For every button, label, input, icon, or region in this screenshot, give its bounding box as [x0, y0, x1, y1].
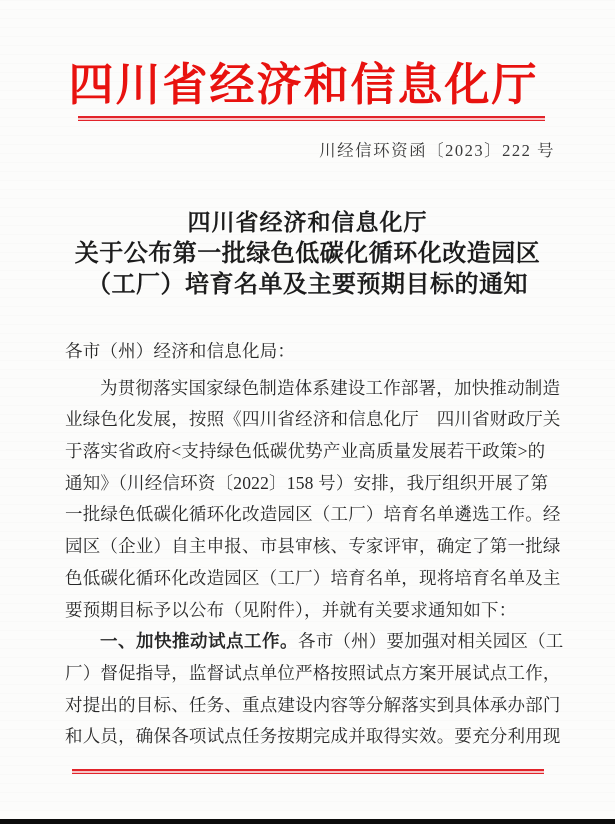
body-text: 为贯彻落实国家绿色制造体系建设工作部署，加快推动制造 — [100, 378, 560, 398]
body-text: 色低碳化循环化改造园区（工厂）培育名单，现将培育名单及主 — [65, 568, 561, 588]
footer-divider-line — [72, 769, 544, 774]
body-line: 一、加快推动试点工作。各市（州）要加强对相关园区（工 — [65, 626, 570, 658]
body-text: 各市（州）要加强对相关园区（工 — [298, 631, 564, 651]
body-text: 园区（企业）自主申报、市县审核、专家评审，确定了第一批绿 — [65, 536, 561, 556]
body-line: 色低碳化循环化改造园区（工厂）培育名单，现将培育名单及主 — [65, 563, 570, 595]
letterhead-divider-line — [78, 116, 545, 121]
document-title-line-3: （工厂）培育名单及主要预期目标的通知 — [0, 270, 615, 301]
letterhead-org-title: 四川省经济和信息化厅 — [0, 48, 607, 113]
body-text: 各市（州）经济和信息化局： — [65, 341, 295, 361]
body-text: 要预期目标予以公布（见附件），并就有关要求通知如下： — [65, 600, 516, 620]
document-page: 四川省经济和信息化厅 川经信环资函〔2023〕222 号 四川省经济和信息化厅 … — [0, 0, 615, 824]
body-text-bold-heading: 一、加快推动试点工作。 — [100, 632, 298, 652]
body-line: 一批绿色低碳化循环化改造园区（工厂）培育名单遴选工作。经 — [65, 499, 570, 531]
document-title: 四川省经济和信息化厅 关于公布第一批绿色低碳化循环化改造园区 （工厂）培育名单及… — [0, 206, 615, 301]
body-line: 厂）督促指导，监督试点单位严格按照试点方案开展试点工作， — [65, 658, 570, 690]
body-line: 于落实省政府<支持绿色低碳优势产业高质量发展若干政策>的 — [65, 436, 570, 468]
body-line: 各市（州）经济和信息化局： — [65, 336, 570, 368]
document-title-line-2: 关于公布第一批绿色低碳化循环化改造园区 — [0, 239, 615, 270]
body-text: 厂）督促指导，监督试点单位严格按照试点方案开展试点工作， — [65, 663, 561, 683]
document-reference-number: 川经信环资函〔2023〕222 号 — [319, 137, 555, 161]
body-text: 和人员，确保各项试点任务按期完成并取得实效。要充分利用现 — [65, 726, 561, 746]
body-text: 对提出的目标、任务、重点建设内容等分解落实到具体承办部门 — [65, 695, 561, 715]
body-line: 要预期目标予以公布（见附件），并就有关要求通知如下： — [65, 595, 570, 627]
body-line: 业绿色化发展，按照《四川省经济和信息化厅 四川省财政厅关 — [65, 404, 570, 436]
body-line: 为贯彻落实国家绿色制造体系建设工作部署，加快推动制造 — [65, 373, 570, 405]
body-line: 园区（企业）自主申报、市县审核、专家评审，确定了第一批绿 — [65, 531, 570, 563]
body-line: 对提出的目标、任务、重点建设内容等分解落实到具体承办部门 — [65, 690, 570, 722]
body-text: 通知》（川经信环资〔2022〕158 号）安排，我厅组织开展了第 — [65, 473, 548, 493]
body-text: 一批绿色低碳化循环化改造园区（工厂）培育名单遴选工作。经 — [65, 504, 561, 524]
body-line: 和人员，确保各项试点任务按期完成并取得实效。要充分利用现 — [65, 721, 570, 753]
body-line: 通知》（川经信环资〔2022〕158 号）安排，我厅组织开展了第 — [65, 468, 570, 500]
body-text: 于落实省政府<支持绿色低碳优势产业高质量发展若干政策>的 — [65, 441, 545, 461]
document-title-line-1: 四川省经济和信息化厅 — [0, 206, 615, 239]
document-body: 各市（州）经济和信息化局：为贯彻落实国家绿色制造体系建设工作部署，加快推动制造业… — [65, 336, 570, 753]
scan-page-edge — [0, 819, 615, 824]
body-text: 业绿色化发展，按照《四川省经济和信息化厅 四川省财政厅关 — [65, 409, 561, 429]
